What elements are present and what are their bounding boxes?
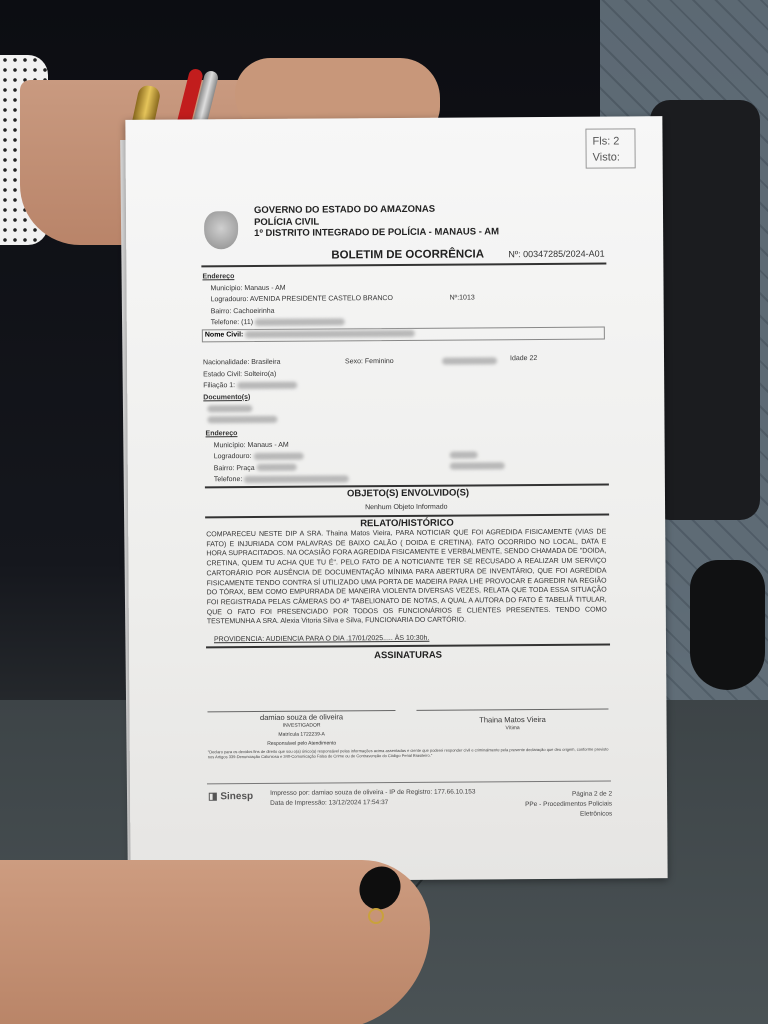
- sinesp-logo-icon: ◨: [208, 791, 218, 802]
- footer-page-info: Página 2 de 2 PPe - Procedimentos Polici…: [492, 790, 612, 821]
- sinesp-logo: ◨ Sinesp: [208, 791, 253, 802]
- signature-line-right: [416, 709, 608, 711]
- address-section-2: Endereço Município: Manaus - AM Logradou…: [206, 427, 350, 485]
- objetos-title: OBJETO(S) ENVOLVIDO(S): [347, 487, 469, 499]
- redacted-phone-2: [244, 475, 349, 483]
- report-number: Nº: 00347285/2024-A01: [508, 249, 604, 260]
- address-telefone: Telefone: (11): [203, 316, 393, 329]
- address2-telefone: Telefone:: [206, 473, 349, 486]
- assinaturas-title: ASSINATURAS: [374, 650, 442, 661]
- redacted-phone: [255, 318, 345, 326]
- providencia: PROVIDENCIA: AUDIENCIA PARA O DIA .17/01…: [214, 633, 429, 646]
- fls-label: Fls: 2: [592, 133, 628, 149]
- nacionalidade: Nacionalidade: Brasileira: [203, 357, 297, 369]
- address2-municipio: Município: Manaus - AM: [206, 439, 349, 452]
- address-label-2: Endereço: [206, 427, 349, 440]
- idade: Idade 22: [510, 353, 537, 365]
- document-title: BOLETIM DE OCORRÊNCIA: [331, 248, 484, 261]
- redacted-bairro: [257, 464, 297, 471]
- bystander-shoe: [690, 560, 765, 690]
- title-divider: [201, 263, 606, 267]
- redacted-name: [245, 330, 415, 338]
- redacted-number-2: [450, 451, 478, 458]
- print-date: Data de Impressão: 13/12/2024 17:54:37: [270, 797, 476, 808]
- gold-ring: [368, 908, 384, 924]
- bystander-leg: [650, 100, 760, 520]
- redacted-filiacao: [237, 381, 297, 388]
- filiacao: Filiação 1:: [203, 380, 297, 392]
- visto-label: Visto:: [593, 149, 629, 165]
- policia-civil-badge-icon: [204, 211, 238, 249]
- documentos-label: Documento(s): [203, 391, 297, 403]
- address-logradouro: Logradouro: AVENIDA PRESIDENTE CASTELO B…: [203, 293, 393, 306]
- victim-role: Vítima: [417, 724, 609, 734]
- estado-civil: Estado Civil: Solteiro(a): [203, 368, 297, 380]
- objetos-value: Nenhum Objeto Informado: [365, 502, 448, 514]
- signature-investigator: damiao souza de oliveira INVESTIGADOR Ma…: [207, 712, 395, 749]
- redacted-birthdate: [442, 357, 497, 364]
- sexo: Sexo: Feminino: [345, 356, 394, 368]
- sheet-stamp-box: Fls: 2 Visto:: [585, 128, 635, 168]
- redacted-document-2: [207, 416, 277, 423]
- address-section-1: Endereço Município: Manaus - AM Logradou…: [202, 270, 393, 329]
- footer-rule: [207, 781, 611, 785]
- signature-victim: Thaina Matos Vieira Vítima: [417, 715, 609, 734]
- person-details: Nacionalidade: Brasileira Estado Civil: …: [203, 357, 297, 427]
- document-header: GOVERNO DO ESTADO DO AMAZONAS POLÍCIA CI…: [254, 203, 499, 239]
- address2-bairro: Bairro: Praça: [206, 462, 349, 475]
- declaration-text: "Declaro para os devidos fins de direito…: [208, 746, 613, 759]
- police-report-page: Fls: 2 Visto: GOVERNO DO ESTADO DO AMAZO…: [125, 116, 667, 882]
- relato-title: RELATO/HISTÓRICO: [360, 518, 454, 530]
- header-district: 1º DISTRITO INTEGRADO DE POLÍCIA - MANAU…: [254, 226, 499, 239]
- address-number: Nº:1013: [450, 292, 475, 304]
- relato-text: COMPARECEU NESTE DIP A SRA. Thaina Matos…: [206, 528, 607, 628]
- footer-print-info: Impresso por: damiao souza de oliveira -…: [270, 787, 476, 808]
- redacted-document-1: [207, 405, 252, 412]
- address2-logradouro: Logradouro:: [206, 450, 349, 463]
- system-name: PPe - Procedimentos Policiais Eletrônico…: [492, 800, 612, 821]
- nome-civil-field: Nome Civil:: [202, 327, 605, 343]
- redacted-street: [253, 452, 303, 459]
- redacted-cep: [450, 462, 505, 469]
